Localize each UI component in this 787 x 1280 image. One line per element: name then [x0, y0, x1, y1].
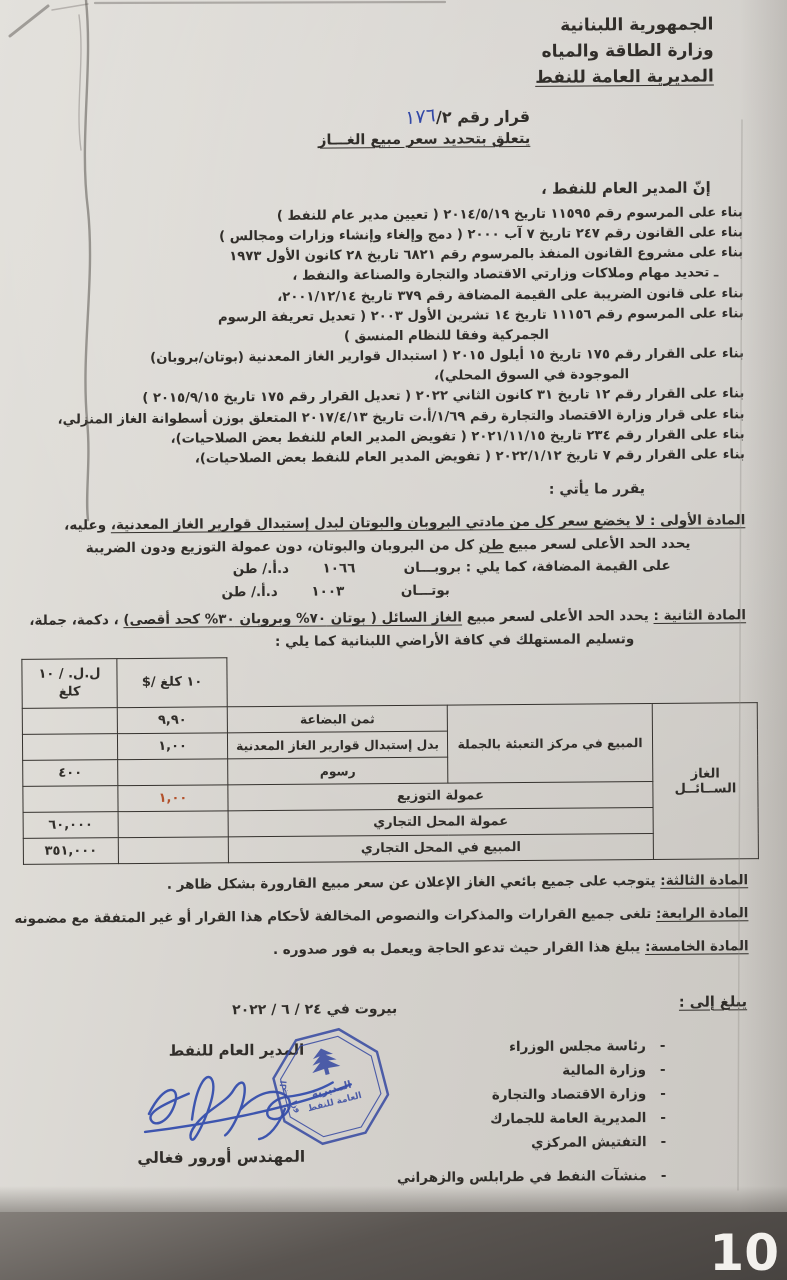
- shop-commission-usd: [118, 811, 228, 838]
- fees-usd: [118, 759, 228, 786]
- table-header-row: $/ ١٠ كلغ ل.ل. / ١٠ كلغ: [22, 654, 757, 709]
- letterhead-republic: الجمهورية اللبنانية: [535, 11, 714, 38]
- recipients-list: -رئاسة مجلس الوزراء -وزارة المالية -وزار…: [396, 1034, 667, 1190]
- viewer-bottom-bar: 10: [0, 1212, 787, 1280]
- goods-cost-label: ثمن البضاعة: [227, 705, 447, 733]
- cylinder-exchange-usd: ١,٠٠: [117, 733, 227, 760]
- article-1-price-row-butane: بوتـــان١٠٠٣د.أ./ طن: [40, 577, 746, 605]
- decision-title-block: قرار رقم ٢/١٧٦ يتعلق بتحديد سعر مبيع الغ…: [318, 105, 531, 149]
- article-2-text-2: ، دكمة، جملة،: [29, 612, 123, 629]
- table-row-goods: الغاز الســائــل المبيع في مركز التعبئة …: [22, 703, 757, 735]
- shop-commission-lbp: ٦٠,٠٠٠: [23, 812, 118, 839]
- fees-lbp: ٤٠٠: [23, 760, 118, 787]
- article-4: المادة الرابعة: تلغى جميع القرارات والمذ…: [42, 902, 748, 930]
- recipient-item: -وزارة الاقتصاد والتجارة: [396, 1082, 666, 1108]
- recipient-item: -رئاسة مجلس الوزراء: [396, 1034, 666, 1060]
- distribution-commission-label: عمولة التوزيع: [228, 781, 653, 810]
- propane-unit: د.أ./ طن: [233, 558, 289, 581]
- article-1-tail: وعليه،: [64, 517, 111, 533]
- letterhead: الجمهورية اللبنانية وزارة الطاقة والمياه…: [535, 11, 714, 90]
- article-2-label: المادة الثانية :: [653, 607, 746, 624]
- document-page: الجمهورية اللبنانية وزارة الطاقة والمياه…: [0, 0, 787, 1212]
- article-5-text: يبلغ هذا القرار حيث تدعو الحاجة ويعمل به…: [273, 939, 645, 958]
- recipient-item: -المديرية العامة للجمارك: [396, 1106, 666, 1132]
- article-1-line-2-text: يحدد الحد الأعلى لسعر مبيع: [504, 535, 691, 552]
- dash-bullet: -: [660, 1034, 666, 1058]
- article-2: المادة الثانية : يحدد الحد الأعلى لسعر م…: [40, 604, 746, 655]
- fees-label: رسوم: [228, 757, 448, 785]
- letterhead-ministry: وزارة الطاقة والمياه: [535, 37, 714, 64]
- dash-bullet: -: [660, 1058, 666, 1082]
- decision-number-typed: ٢/: [436, 108, 452, 127]
- dash-bullet: -: [661, 1164, 667, 1188]
- table-row-shop-sale: المبيع في المحل التجاري ٣٥١,٠٠٠: [23, 833, 758, 865]
- document-content: الجمهورية اللبنانية وزارة الطاقة والمياه…: [0, 0, 787, 1212]
- shop-commission-label: عمولة المحل التجاري: [228, 807, 653, 836]
- dash-bullet: -: [660, 1106, 666, 1130]
- recipient-item: -وزارة المالية: [396, 1058, 666, 1084]
- legal-basis-list: بناء على المرسوم رقم ١١٥٩٥ تاريخ ٢٠١٤/٥/…: [37, 203, 745, 471]
- cedar-icon: [307, 1045, 342, 1078]
- butane-label: بوتـــان: [378, 579, 450, 602]
- distribution-commission-usd: ١,٠٠: [118, 785, 228, 812]
- article-4-label: المادة الرابعة:: [656, 905, 749, 922]
- article-3-text: يتوجب على جميع بائعي الغاز الإعلان عن سع…: [167, 873, 661, 893]
- propane-label: بروبـــان: [389, 556, 461, 579]
- decides-heading: يقرر ما يأتي :: [549, 481, 645, 498]
- recipient-item: -التفتيش المركزي: [397, 1130, 667, 1156]
- article-1-label: المادة الأولى :: [650, 512, 745, 529]
- page-number: 10: [709, 1228, 779, 1278]
- paper-right-shadow: [739, 0, 787, 1212]
- decision-number-line: قرار رقم ٢/١٧٦: [318, 105, 530, 129]
- shop-sale-label: المبيع في المحل التجاري: [228, 833, 653, 862]
- article-3-label: المادة الثالثة:: [660, 872, 748, 889]
- article-2-underlined-text: الغاز السائل ( بوتان ٧٠% وبروبان ٣٠% كحد…: [123, 609, 462, 628]
- article-1: المادة الأولى : لا يخضع سعر كل من مادتي …: [39, 509, 746, 605]
- cylinder-exchange-lbp: [22, 734, 117, 761]
- dash-bullet: -: [660, 1082, 666, 1106]
- article-2-text-1: يحدد الحد الأعلى لسعر مبيع: [462, 608, 654, 626]
- decision-number-handwritten: ١٧٦: [405, 104, 436, 130]
- dash-bullet: -: [660, 1130, 666, 1154]
- article-5: المادة الخامسة: يبلغ هذا القرار حيث تدعو…: [43, 935, 749, 963]
- header-lbp-line-2: كلغ: [27, 683, 113, 702]
- header-lbp-per-10kg: ل.ل. / ١٠ كلغ: [22, 659, 117, 709]
- notify-heading: يبلغ إلى :: [679, 994, 747, 1011]
- screenshot-root: الجمهورية اللبنانية وزارة الطاقة والمياه…: [0, 0, 787, 1280]
- butane-unit: د.أ./ طن: [221, 580, 277, 603]
- article-1-underlined-text: لا يخضع سعر كل من مادتي البروبان والبوتا…: [111, 513, 650, 533]
- cylinder-exchange-label: بدل إستبدال قوارير الغاز المعدنية: [227, 731, 447, 759]
- article-5-label: المادة الخامسة:: [645, 938, 749, 955]
- header-usd-per-10kg: $/ ١٠ كلغ: [117, 658, 227, 708]
- gas-price-table: $/ ١٠ كلغ ل.ل. / ١٠ كلغ الغاز الســائــل…: [21, 653, 759, 865]
- distribution-commission-lbp: [23, 786, 118, 813]
- paper-bottom-shadow: [0, 1186, 787, 1212]
- goods-cost-usd: ٩,٩٠: [117, 707, 227, 734]
- header-lbp-line-1: ل.ل. / ١٠: [26, 665, 112, 684]
- signatory-name: المهندس أورور فغالي: [101, 1147, 341, 1167]
- preamble-intro: إنّ المدير العام للنفط ،: [541, 179, 711, 198]
- article-1-line-3-text: على القيمة المضافة، كما يلي :: [461, 558, 671, 576]
- basis-line: بناء على القرار رقم ٧ تاريخ ٢٠٢٢/١/١٢ ( …: [39, 445, 745, 471]
- decision-title-prefix: قرار رقم: [452, 107, 531, 127]
- goods-cost-lbp: [22, 708, 117, 735]
- shop-sale-usd: [118, 837, 228, 864]
- decision-subject: يتعلق بتحديد سعر مبيع الغـــاز: [318, 131, 530, 149]
- butane-price: ١٠٠٣: [278, 580, 378, 603]
- article-3: المادة الثالثة: يتوجب على جميع بائعي الغ…: [42, 869, 748, 897]
- article-1-line-2-rest: كل من البروبان والبوتان، دون عمولة التوز…: [86, 537, 479, 556]
- shop-sale-lbp: ٣٥١,٠٠٠: [23, 838, 118, 865]
- letterhead-directorate: المديرية العامة للنفط: [535, 63, 714, 90]
- article-1-ton-underlined: طن: [479, 537, 504, 553]
- wholesale-filling-center-label: المبيع في مركز التعبئة بالجملة: [447, 703, 653, 783]
- article-4-text: تلغى جميع القرارات والمذكرات والنصوص الم…: [14, 906, 656, 927]
- propane-price: ١٠٦٦: [289, 557, 389, 580]
